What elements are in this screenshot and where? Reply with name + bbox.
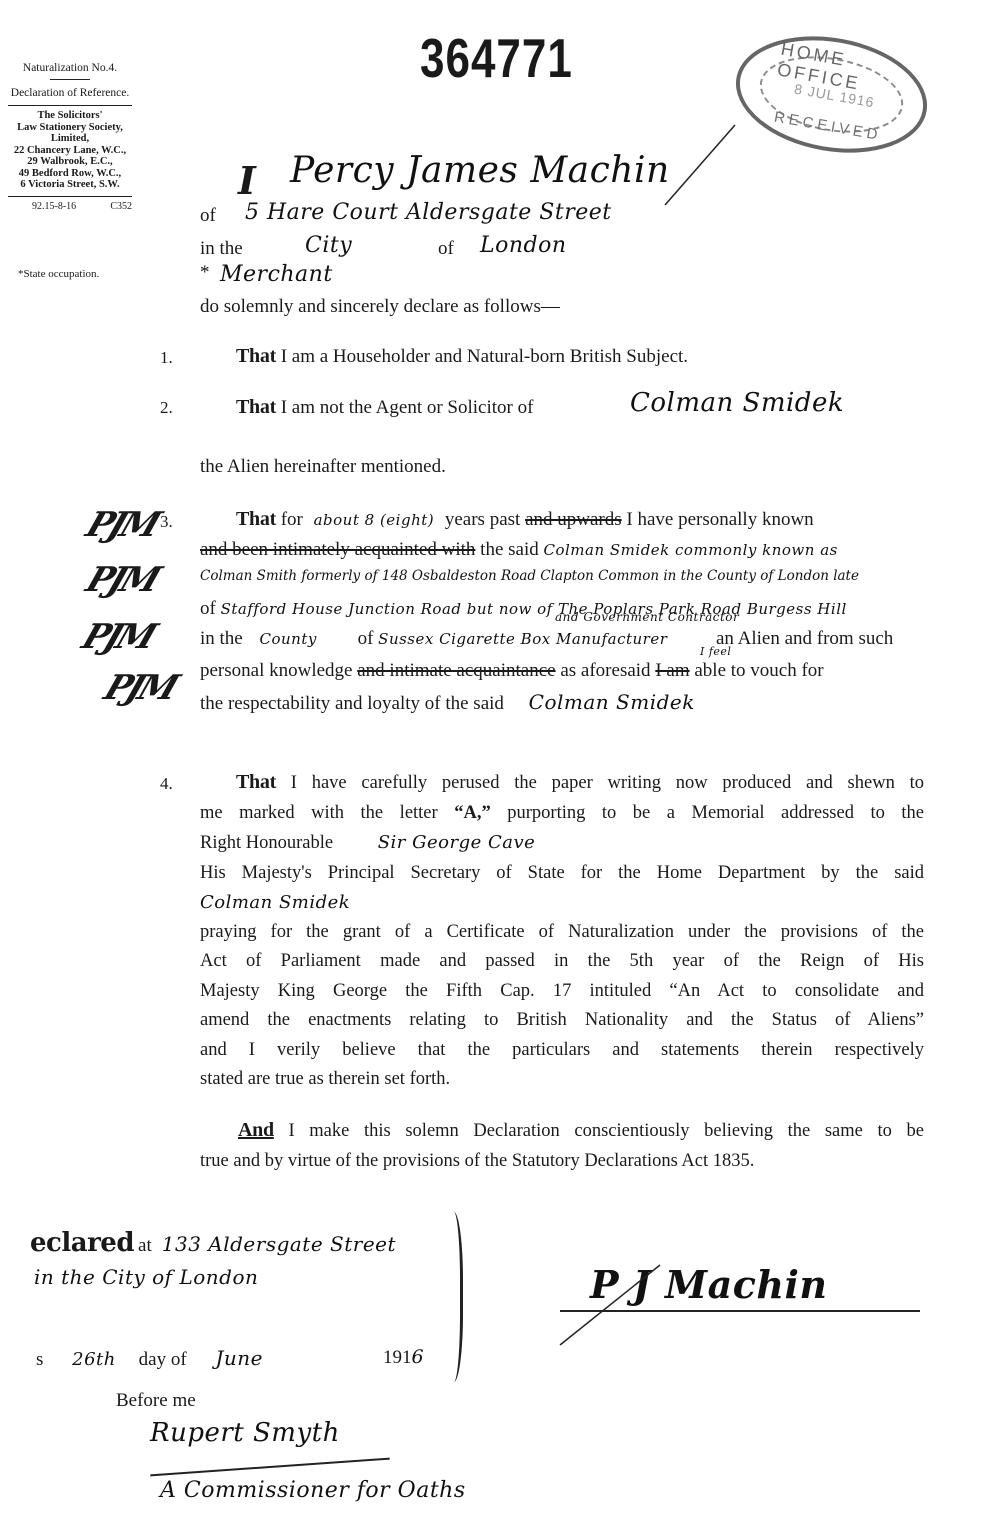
clause-3-line-7: the respectability and loyalty of the sa… [200,690,695,715]
publisher-name-1: The Solicitors' [2,110,138,122]
alien-name: Colman Smidek [529,690,695,714]
closing-statement: And I make this solemn Declaration consc… [200,1116,924,1176]
locality-type: City [305,233,352,258]
clause-text: Act of Parliament made and passed in the… [200,947,924,977]
clause-text: stated are true as therein set forth. [200,1065,924,1095]
at-label: at [138,1235,152,1256]
pen-stroke [660,120,740,210]
catalog-code: C352 [110,201,132,213]
occupation-marker: * [200,262,210,284]
publisher-name-2: Law Stationery Society, [2,122,138,134]
of-label: of [200,598,216,619]
declaration-place: 133 Aldersgate Street [162,1232,396,1256]
clause-lead: That [236,771,276,793]
clause-text: I have personally known [626,509,813,530]
signature-stroke [550,1260,670,1350]
struck-text: and been intimately acquainted with [200,539,475,560]
clause-text: Right Honourable [200,833,333,853]
clause-text: His Majesty's Principal Secretary of Sta… [200,859,924,889]
clause-lead: That [236,345,276,367]
publisher-address: 22 Chancery Lane, W.C., [2,145,138,157]
clause-number: 4. [160,774,173,794]
clause-text: able to vouch for [694,660,823,681]
of-label: of [358,628,374,649]
jurat-line-3: s 26th day of June [36,1346,263,1371]
duration: about 8 (eight) [314,511,435,529]
divider [8,105,132,106]
clause-text: Majesty King George the Fifth Cap. 17 in… [200,977,924,1007]
publisher-name-3: Limited, [2,133,138,145]
declared-label: eclared [30,1228,134,1258]
home-office-stamp: HOME OFFICE 8 JUL 1916 RECEIVED [727,22,937,167]
alien-address: Stafford House Junction Road but now of … [221,600,847,618]
locality-name: London [480,233,567,258]
signature-underline [150,1458,390,1477]
clause-3-line-1: That for about 8 (eight) years past and … [236,508,926,531]
clause-text: I am not the Agent or Solicitor of [281,397,534,418]
day-of-label: day of [139,1349,187,1370]
clause-3-line-6: personal knowledge and intimate acquaint… [200,660,824,682]
of-label-2: of [438,238,454,260]
clause-text: purporting to be a Memorial addressed to… [507,803,924,823]
declaration-year: 1916 [383,1346,424,1369]
clause-1: That I am a Householder and Natural-born… [236,345,688,368]
form-title: Naturalization No.4. [2,62,138,74]
declare-statement: do solemnly and sincerely declare as fol… [200,296,560,318]
margin-note: *State occupation. [18,268,99,280]
clause-text: personal knowledge [200,660,352,681]
clause-text: an Alien and from such [716,628,893,650]
clause-text: me marked with the letter [200,803,438,823]
divider [8,196,132,197]
clause-lead: That [236,508,276,530]
letter-marker: “A,” [454,803,491,823]
clause-4: That I have carefully perused the paper … [200,768,924,1095]
said-label: the said [480,539,539,560]
clause-2: That I am not the Agent or Solicitor of [236,396,533,419]
divider [50,79,90,80]
declarant-prefix: I [238,158,256,203]
clause-text: the respectability and loyalty of the sa… [200,693,504,714]
alien-name: Colman Smidek [200,888,924,918]
alien-former-address: Colman Smith formerly of 148 Osbaldeston… [200,568,859,584]
clause-number: 2. [160,398,173,418]
clause-lead: That [236,396,276,418]
clause-text: as aforesaid [560,660,650,681]
clause-text: praying for the grant of a Certificate o… [200,918,924,948]
before-me-label: Before me [116,1390,196,1412]
alien-name-line: Colman Smidek commonly known as [544,541,838,559]
clause-text: amend the enactments relating to British… [200,1006,924,1036]
clause-continuation: the Alien hereinafter mentioned. [200,456,446,478]
commissioner-signature: Rupert Smyth [150,1418,340,1448]
year-prefix: 191 [383,1347,412,1368]
form-info-panel: Naturalization No.4. Declaration of Refe… [2,62,138,213]
print-code: 92.15-8-16 [32,201,76,213]
declarant-name: Percy James Machin [290,150,670,191]
clause-3-line-4: of Stafford House Junction Road but now … [200,598,847,620]
clause-number: 1. [160,348,173,368]
declarant-address: 5 Hare Court Aldersgate Street [245,200,612,225]
clause-number: 3. [160,512,173,532]
margin-initials: PJM [77,617,159,657]
secretary-name: Sir George Cave [378,832,536,853]
clause-text: I have carefully perused the paper writi… [291,773,924,793]
margin-initials: PJM [81,560,163,600]
publisher-address: 49 Bedford Row, W.C., [2,168,138,180]
county-type: County [260,630,317,648]
handwritten-feel: I feel [700,645,731,658]
for-label: for [281,509,303,530]
publisher-address: 6 Victoria Street, S.W. [2,179,138,191]
handwritten-insert: and Government Contractor [555,610,739,624]
publisher-address: 29 Walbrook, E.C., [2,156,138,168]
this-label: s [36,1349,43,1370]
alien-name: Colman Smidek [630,388,844,418]
clause-3-line-2: and been intimately acquainted with the … [200,539,838,561]
closing-lead: And [238,1119,274,1141]
county-occupation: Sussex Cigarette Box Manufacturer [378,630,667,648]
jurat-line-1: eclared at 133 Aldersgate Street [30,1228,396,1258]
brace [440,1212,463,1382]
year-digit: 6 [412,1346,425,1368]
margin-initials: PJM [81,505,163,545]
struck-text: and upwards [525,509,622,530]
serial-number: 364771 [420,28,573,91]
margin-initials: PJM [99,668,181,708]
closing-text: true and by virtue of the provisions of … [200,1147,924,1177]
declaration-place-2: in the City of London [34,1265,258,1289]
of-label: of [200,205,216,227]
declaration-month: June [215,1346,263,1370]
clause-text: I am a Householder and Natural-born Brit… [281,346,688,367]
years-past: years past [445,509,520,530]
clause-3-line-5: in the County of Sussex Cigarette Box Ma… [200,628,667,650]
in-the-label: in the [200,238,243,260]
declaration-day: 26th [72,1349,116,1370]
form-subtitle: Declaration of Reference. [2,86,138,100]
print-codes: 92.15-8-16 C352 [2,201,138,213]
struck-text: I am [655,660,689,681]
closing-text: I make this solemn Declaration conscient… [288,1121,924,1141]
clause-text: and I verily believe that the particular… [200,1036,924,1066]
struck-text: and intimate acquaintance [357,660,555,681]
commissioner-title: A Commissioner for Oaths [160,1478,466,1503]
in-the-label: in the [200,628,243,649]
occupation: Merchant [220,262,333,287]
